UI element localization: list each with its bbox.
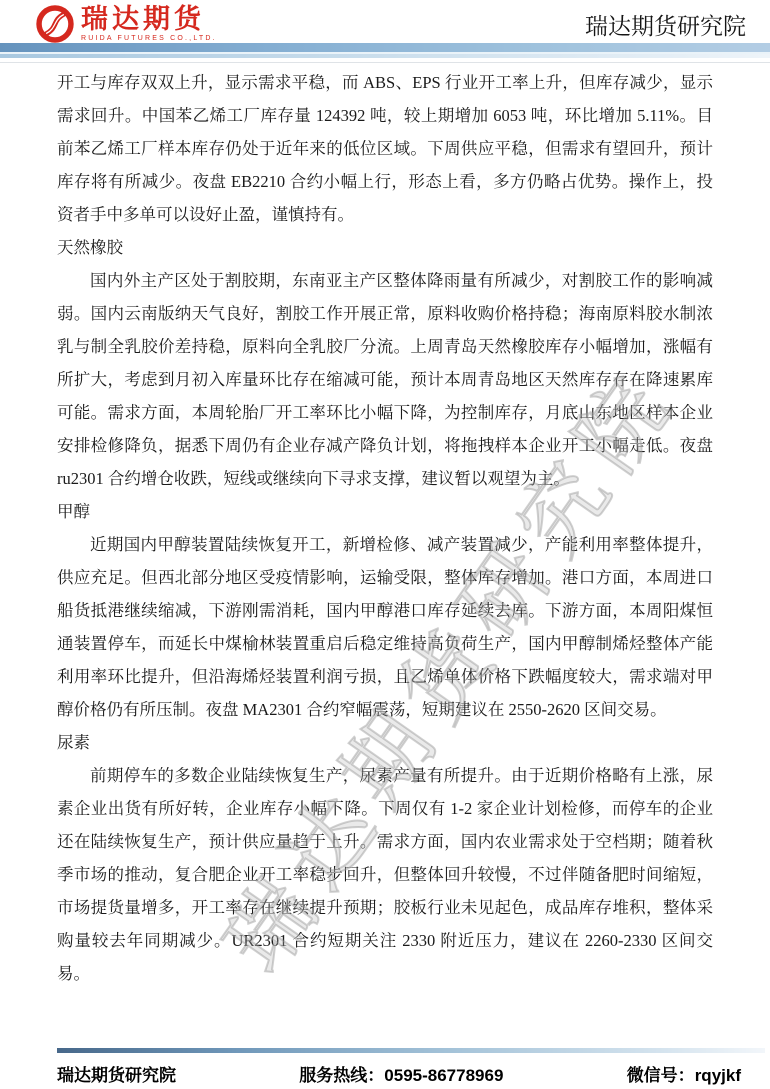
- header-divider-bar: [0, 43, 770, 63]
- section-paragraph-urea: 前期停车的多数企业陆续恢复生产，尿素产量有所提升。由于近期价格略有上涨，尿素企业…: [57, 759, 713, 990]
- brand-name-chinese: 瑞达期货: [81, 5, 217, 34]
- brand-name-english: RUIDA FUTURES CO.,LTD.: [81, 35, 217, 43]
- section-heading-methanol: 甲醇: [57, 495, 713, 528]
- section-paragraph-methanol: 近期国内甲醇装置陆续恢复开工，新增检修、减产装置减少，产能利用率整体提升，供应充…: [57, 528, 713, 726]
- report-body: 开工与库存双双上升，显示需求平稳，而 ABS、EPS 行业开工率上升，但库存减少…: [57, 66, 713, 990]
- footer-wechat-label: 微信号：: [627, 1066, 695, 1085]
- divider-hairline: [0, 62, 770, 63]
- footer-hotline-number: 0595-86778969: [384, 1066, 503, 1085]
- footer-wechat: 微信号：rqyjkf: [627, 1061, 741, 1086]
- section-heading-rubber: 天然橡胶: [57, 231, 713, 264]
- page-header: 瑞达期货 RUIDA FUTURES CO.,LTD. 瑞达期货研究院: [0, 0, 770, 43]
- section-paragraph-rubber: 国内外主产区处于割胶期，东南亚主产区整体降雨量有所减少，对割胶工作的影响减弱。国…: [57, 264, 713, 495]
- company-logo: 瑞达期货 RUIDA FUTURES CO.,LTD.: [34, 3, 217, 45]
- footer-hotline-label: 服务热线：: [299, 1066, 384, 1085]
- footer-institute: 瑞达期货研究院: [57, 1061, 176, 1086]
- report-page: 瑞达期货 RUIDA FUTURES CO.,LTD. 瑞达期货研究院 瑞达期货…: [0, 0, 770, 1089]
- institute-title: 瑞达期货研究院: [585, 13, 746, 39]
- section-heading-urea: 尿素: [57, 726, 713, 759]
- divider-band-dark: [0, 43, 770, 52]
- footer-hotline: 服务热线：0595-86778969: [299, 1061, 503, 1086]
- intro-paragraph: 开工与库存双双上升，显示需求平稳，而 ABS、EPS 行业开工率上升，但库存减少…: [57, 66, 713, 231]
- logo-text: 瑞达期货 RUIDA FUTURES CO.,LTD.: [81, 5, 217, 43]
- footer-wechat-id: rqyjkf: [695, 1066, 741, 1085]
- page-footer: 瑞达期货研究院 服务热线：0595-86778969 微信号：rqyjkf: [57, 1058, 741, 1088]
- ruida-swirl-logo-icon: [34, 3, 76, 45]
- footer-divider-bar: [57, 1048, 765, 1053]
